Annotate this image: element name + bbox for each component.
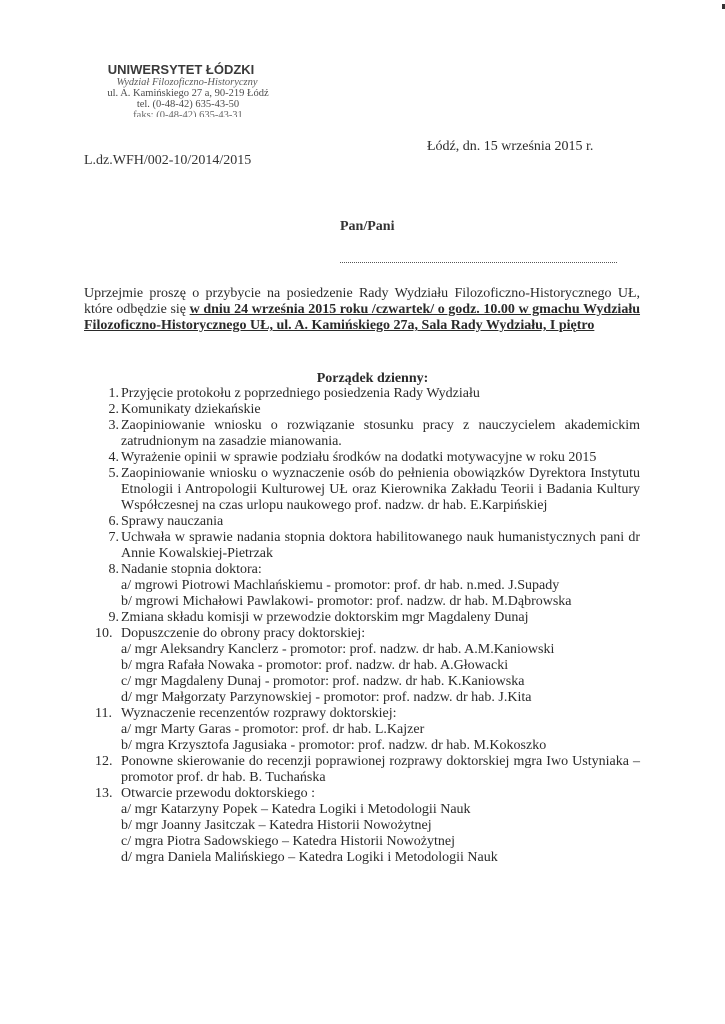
agenda-subitem: d/ mgra Daniela Malińskiego – Katedra Lo… <box>121 850 640 866</box>
agenda-item: 3.Zaopiniowanie wniosku o rozwiązanie st… <box>100 418 640 450</box>
agenda-item: 8.Nadanie stopnia doktora:a/ mgrowi Piot… <box>100 562 640 610</box>
agenda-item: 1.Przyjęcie protokołu z poprzedniego pos… <box>100 386 640 402</box>
agenda-item-text: Przyjęcie protokołu z poprzedniego posie… <box>121 386 640 402</box>
agenda-subitem: d/ mgr Małgorzaty Parzynowskiej - promot… <box>121 690 640 706</box>
agenda-item: 9.Zmiana składu komisji w przewodzie dok… <box>100 610 640 626</box>
agenda-item-number: 8. <box>100 562 119 578</box>
agenda-item-text: Dopuszczenie do obrony pracy doktorskiej… <box>121 626 640 642</box>
reference-number: L.dz.WFH/002-10/2014/2015 <box>84 153 251 169</box>
date-line: Łódź, dn. 15 września 2015 r. <box>427 139 593 155</box>
agenda-subitem: a/ mgr Aleksandry Kanclerz - promotor: p… <box>121 642 640 658</box>
agenda-item-number: 5. <box>100 466 119 482</box>
addressee-dotted-line <box>340 256 617 263</box>
faculty-fax: faks: (0-48-42) 635-43-31 <box>88 110 288 117</box>
agenda-subitem: b/ mgrowi Michałowi Pawlakowi- promotor:… <box>121 594 640 610</box>
agenda-item: 2.Komunikaty dziekańskie <box>100 402 640 418</box>
agenda-subitem: c/ mgr Magdaleny Dunaj - promotor: prof.… <box>121 674 640 690</box>
agenda-title: Porządek dzienny: <box>0 371 725 387</box>
agenda-item-number: 10. <box>95 626 119 642</box>
agenda-subitem: a/ mgrowi Piotrowi Machlańskiemu - promo… <box>121 578 640 594</box>
agenda-item-number: 1. <box>100 386 119 402</box>
agenda-item-text: Komunikaty dziekańskie <box>121 402 640 418</box>
agenda-subitem: b/ mgra Krzysztofa Jagusiaka - promotor:… <box>121 738 640 754</box>
agenda-item-number: 7. <box>100 530 119 546</box>
faculty-name: Wydział Filozoficzno-Historyczny <box>86 77 288 88</box>
agenda-item-number: 3. <box>100 418 119 434</box>
agenda-item: 4.Wyrażenie opinii w sprawie podziału śr… <box>100 450 640 466</box>
agenda-item-text: Zaopiniowanie wniosku o rozwiązanie stos… <box>121 418 640 450</box>
faculty-phone: tel. (0-48-42) 635-43-50 <box>88 99 288 110</box>
agenda-item-text: Zmiana składu komisji w przewodzie dokto… <box>121 610 640 626</box>
agenda-item: 11.Wyznaczenie recenzentów rozprawy dokt… <box>100 706 640 754</box>
agenda-item-number: 9. <box>100 610 119 626</box>
agenda-subitem: b/ mgra Rafała Nowaka - promotor: prof. … <box>121 658 640 674</box>
agenda-item-number: 4. <box>100 450 119 466</box>
letterhead-stamp: UNIWERSYTET ŁÓDZKI Wydział Filozoficzno-… <box>88 63 288 117</box>
agenda-item-text: Otwarcie przewodu doktorskiego : <box>121 786 640 802</box>
agenda-subitem: c/ mgra Piotra Sadowskiego – Katedra His… <box>121 834 640 850</box>
agenda-item-number: 12. <box>95 754 119 770</box>
university-name: UNIWERSYTET ŁÓDZKI <box>74 63 288 77</box>
invitation-paragraph: Uprzejmie proszę o przybycie na posiedze… <box>84 286 640 334</box>
agenda-item-number: 11. <box>95 706 119 722</box>
agenda-list: 1.Przyjęcie protokołu z poprzedniego pos… <box>100 386 640 866</box>
faculty-address: ul. A. Kamińskiego 27 a, 90-219 Łódź <box>88 88 288 99</box>
agenda-item-text: Uchwała w sprawie nadania stopnia doktor… <box>121 530 640 562</box>
agenda-subitem: a/ mgr Katarzyny Popek – Katedra Logiki … <box>121 802 640 818</box>
agenda-item-text: Ponowne skierowanie do recenzji poprawio… <box>121 754 640 786</box>
agenda-item-number: 2. <box>100 402 119 418</box>
agenda-item-number: 13. <box>95 786 119 802</box>
agenda-item: 12.Ponowne skierowanie do recenzji popra… <box>100 754 640 786</box>
agenda-item-text: Sprawy nauczania <box>121 514 640 530</box>
agenda-subitem: a/ mgr Marty Garas - promotor: prof. dr … <box>121 722 640 738</box>
agenda-item-text: Wyznaczenie recenzentów rozprawy doktors… <box>121 706 640 722</box>
agenda-item: 13.Otwarcie przewodu doktorskiego :a/ mg… <box>100 786 640 866</box>
agenda-item-text: Zaopiniowanie wniosku o wyznaczenie osób… <box>121 466 640 514</box>
addressee-salutation: Pan/Pani <box>340 219 394 235</box>
agenda-item: 6.Sprawy nauczania <box>100 514 640 530</box>
agenda-item-text: Wyrażenie opinii w sprawie podziału środ… <box>121 450 640 466</box>
agenda-item-text: Nadanie stopnia doktora: <box>121 562 640 578</box>
agenda-subitem: b/ mgr Joanny Jasitczak – Katedra Histor… <box>121 818 640 834</box>
agenda-item: 5.Zaopiniowanie wniosku o wyznaczenie os… <box>100 466 640 514</box>
agenda-item: 10.Dopuszczenie do obrony pracy doktorsk… <box>100 626 640 706</box>
agenda-item: 7.Uchwała w sprawie nadania stopnia dokt… <box>100 530 640 562</box>
agenda-item-number: 6. <box>100 514 119 530</box>
